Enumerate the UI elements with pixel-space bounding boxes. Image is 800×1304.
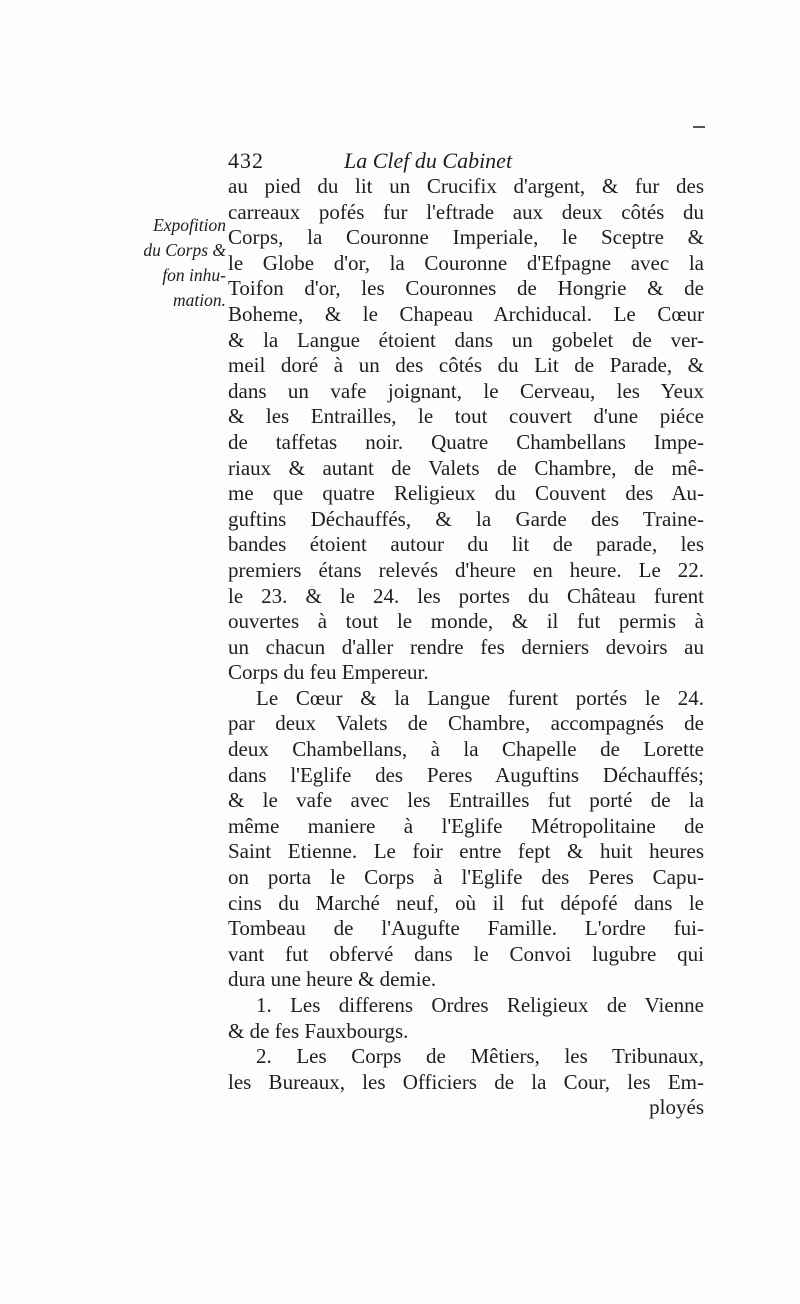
text-line: le 23. & le 24. les portes du Château fu…	[228, 584, 704, 610]
text-line: me que quatre Religieux du Couvent des A…	[228, 481, 704, 507]
text-line: Corps du feu Empereur.	[228, 660, 704, 686]
text-line: & la Langue étoient dans un gobelet de v…	[228, 328, 704, 354]
page-header: 432 La Clef du Cabinet	[228, 148, 712, 176]
text-line: dans un vafe joignant, le Cerveau, les Y…	[228, 379, 704, 405]
text-line: on porta le Corps à l'Eglife des Peres C…	[228, 865, 704, 891]
margin-note-line: mation.	[108, 288, 226, 313]
text-line: Le Cœur & la Langue furent portés le 24.	[228, 686, 704, 712]
margin-note-line: du Corps &	[108, 238, 226, 263]
text-line: guftins Déchauffés, & la Garde des Train…	[228, 507, 704, 533]
text-line: meil doré à un des côtés du Lit de Parad…	[228, 353, 704, 379]
page-number: 432	[228, 148, 264, 174]
text-line: au pied du lit un Crucifix d'argent, & f…	[228, 174, 704, 200]
text-line: carreaux pofés fur l'eftrade aux deux cô…	[228, 200, 704, 226]
text-line: Boheme, & le Chapeau Archiducal. Le Cœur	[228, 302, 704, 328]
text-line: un chacun d'aller rendre fes derniers de…	[228, 635, 704, 661]
text-line: le Globe d'or, la Couronne d'Efpagne ave…	[228, 251, 704, 277]
catchword: ployés	[228, 1095, 704, 1121]
text-line: riaux & autant de Valets de Chambre, de …	[228, 456, 704, 482]
text-line: ouvertes à tout le monde, & il fut permi…	[228, 609, 704, 635]
text-line: Corps, la Couronne Imperiale, le Sceptre…	[228, 225, 704, 251]
text-line: de taffetas noir. Quatre Chambellans Imp…	[228, 430, 704, 456]
margin-note-line: Expofition	[108, 213, 226, 238]
text-line: dans l'Eglife des Peres Auguftins Déchau…	[228, 763, 704, 789]
text-line: même maniere à l'Eglife Métropolitaine d…	[228, 814, 704, 840]
text-line: & de fes Fauxbourgs.	[228, 1019, 704, 1045]
list-item: 1. Les differens Ordres Religieux de Vie…	[228, 993, 704, 1019]
text-line: Toifon d'or, les Couronnes de Hongrie & …	[228, 276, 704, 302]
margin-note: Expofition du Corps & fon inhu- mation.	[108, 213, 226, 313]
text-line: & le vafe avec les Entrailles fut porté …	[228, 788, 704, 814]
book-page: 432 La Clef du Cabinet Expofition du Cor…	[0, 0, 800, 1304]
text-line: deux Chambellans, à la Chapelle de Loret…	[228, 737, 704, 763]
margin-mark	[693, 126, 705, 128]
running-title: La Clef du Cabinet	[344, 148, 512, 174]
text-line: cins du Marché neuf, où il fut dépofé da…	[228, 891, 704, 917]
list-item: 2. Les Corps de Mêtiers, les Tribunaux,	[228, 1044, 704, 1070]
text-line: bandes étoient autour du lit de parade, …	[228, 532, 704, 558]
body-text: au pied du lit un Crucifix d'argent, & f…	[228, 174, 704, 1121]
text-line: premiers étans relevés d'heure en heure.…	[228, 558, 704, 584]
text-line: Tombeau de l'Augufte Famille. L'ordre fu…	[228, 916, 704, 942]
text-line: par deux Valets de Chambre, accompagnés …	[228, 711, 704, 737]
text-line: vant fut obfervé dans le Convoi lugubre …	[228, 942, 704, 968]
text-line: & les Entrailles, le tout couvert d'une …	[228, 404, 704, 430]
text-line: Saint Etienne. Le foir entre fept & huit…	[228, 839, 704, 865]
text-line: dura une heure & demie.	[228, 967, 704, 993]
margin-note-line: fon inhu-	[108, 263, 226, 288]
text-line: les Bureaux, les Officiers de la Cour, l…	[228, 1070, 704, 1096]
